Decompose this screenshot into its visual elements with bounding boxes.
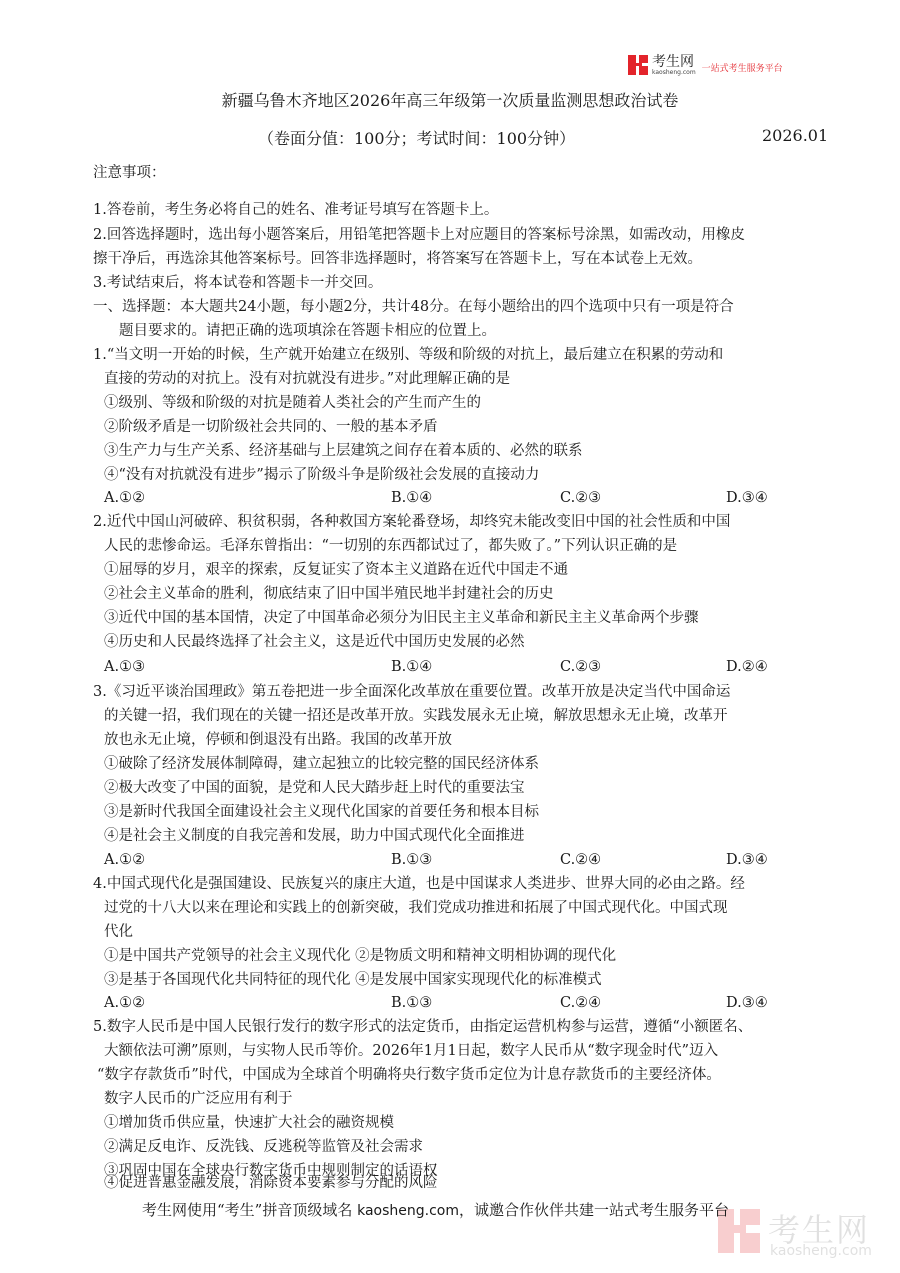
section-heading: 一、选择题：本大题共24小题，每小题2分，共计48分。在每小题给出的四个选项中只… (93, 295, 734, 320)
answer-options: A.①② B.①③ C.②④ D.③④ (104, 848, 804, 872)
option-b[interactable]: B.①④ (391, 486, 432, 510)
question-stem: 人民的悲惨命运。毛泽东曾指出：“一切别的东西都试过了，都失败了。”下列认识正确的… (104, 534, 677, 559)
option-b[interactable]: B.①③ (391, 991, 432, 1015)
answer-options: A.①② B.①④ C.②③ D.③④ (104, 486, 804, 510)
option-b[interactable]: B.①④ (391, 655, 432, 679)
option-c[interactable]: C.②③ (560, 486, 601, 510)
question-stem: 放也永无止境，停顿和倒退没有出路。我国的改革开放 (104, 728, 452, 753)
footer-domain-link[interactable]: kaosheng.com (357, 1203, 459, 1219)
question-stem: “数字存款货币”时代，中国成为全球首个明确将央行数字货币定位为计息存款货币的主要… (97, 1063, 721, 1088)
question-stem: 1.“当文明一开始的时候，生产就开始建立在级别、等级和阶级的对抗上，最后建立在积… (93, 343, 723, 368)
question-stem: 5.数字人民币是中国人民银行发行的数字形式的法定货币，由指定运营机构参与运营，遵… (93, 1015, 752, 1040)
footer-text: ，诚邀合作伙伴共建一站式考生服务平台 (459, 1201, 729, 1219)
logo-brand-cn: 考生网 (652, 55, 696, 69)
question-stem: 直接的劳动的对抗上。没有对抗就没有进步。”对此理解正确的是 (104, 367, 510, 392)
exam-subtitle: （卷面分值：100分；考试时间：100分钟） (258, 126, 575, 149)
kaosheng-logo: 考生网 kaosheng.com 一站式考生服务平台 (628, 53, 783, 77)
question-stem: 代化 (104, 920, 133, 945)
kaosheng-logo-icon (628, 55, 648, 75)
footer-text: 考生网使用“考生”拼音顶级域名 (142, 1201, 357, 1219)
section-heading-cont: 题目要求的。请把正确的选项填涂在答题卡相应的位置上。 (119, 319, 496, 344)
notice-item: 2.回答选择题时，选出每小题答案后，用铅笔把答题卡上对应题目的答案标号涂黑，如需… (93, 223, 745, 248)
question-statement: ②满足反电诈、反洗钱、反逃税等监管及社会需求 (104, 1135, 423, 1160)
page-footer: 考生网使用“考生”拼音顶级域名 kaosheng.com，诚邀合作伙伴共建一站式… (142, 1199, 729, 1220)
question-statement: ③生产力与生产关系、经济基础与上层建筑之间存在着本质的、必然的联系 (104, 439, 583, 464)
notice-heading: 注意事项： (93, 161, 166, 186)
question-statement: ④历史和人民最终选择了社会主义，这是近代中国历史发展的必然 (104, 630, 525, 655)
option-b[interactable]: B.①③ (391, 848, 432, 872)
question-stem: 2.近代中国山河破碎、积贫积弱，各种救国方案轮番登场，却终究未能改变旧中国的社会… (93, 510, 730, 535)
option-a[interactable]: A.①③ (104, 655, 145, 679)
option-c[interactable]: C.②③ (560, 655, 601, 679)
question-statement: ④是社会主义制度的自我完善和发展，助力中国式现代化全面推进 (104, 824, 525, 849)
exam-title: 新疆乌鲁木齐地区2026年高三年级第一次质量监测思想政治试卷 (0, 88, 900, 111)
option-c[interactable]: C.②④ (560, 991, 601, 1015)
question-statement: ①破除了经济发展体制障碍，建立起独立的比较完整的国民经济体系 (104, 752, 539, 777)
question-statement: ③是新时代我国全面建设社会主义现代化国家的首要任务和根本目标 (104, 800, 539, 825)
option-d[interactable]: D.③④ (726, 991, 768, 1015)
question-stem: 数字人民币的广泛应用有利于 (104, 1087, 293, 1112)
watermark-brand-en: kaosheng.com (770, 1243, 872, 1259)
logo-slogan: 一站式考生服务平台 (702, 61, 783, 74)
question-statement: ③近代中国的基本国情，决定了中国革命必须分为旧民主主义革命和新民主主义革命两个步… (104, 606, 699, 631)
answer-options: A.①② B.①③ C.②④ D.③④ (104, 991, 804, 1015)
question-statement: ②阶级矛盾是一切阶级社会共同的、一般的基本矛盾 (104, 415, 438, 440)
question-stem: 过党的十八大以来在理论和实践上的创新突破，我们党成功推进和拓展了中国式现代化。中… (104, 896, 728, 921)
option-c[interactable]: C.②④ (560, 848, 601, 872)
notice-item: 1.答卷前，考生务必将自己的姓名、准考证号填写在答题卡上。 (93, 198, 498, 223)
question-statement: ②社会主义革命的胜利，彻底结束了旧中国半殖民地半封建社会的历史 (104, 582, 554, 607)
kaosheng-watermark: 考生网 kaosheng.com (718, 1205, 898, 1265)
option-a[interactable]: A.①② (104, 848, 145, 872)
option-a[interactable]: A.①② (104, 486, 145, 510)
question-statement: ④“没有对抗就没有进步”揭示了阶级斗争是阶级社会发展的直接动力 (104, 463, 539, 488)
answer-options: A.①③ B.①④ C.②③ D.②④ (104, 655, 804, 679)
question-stem: 4.中国式现代化是强国建设、民族复兴的康庄大道，也是中国谋求人类进步、世界大同的… (93, 872, 745, 897)
exam-page: 考生网 kaosheng.com 一站式考生服务平台 新疆乌鲁木齐地区2026年… (0, 0, 900, 1273)
notice-item: 3.考试结束后，将本试卷和答题卡一并交回。 (93, 271, 382, 296)
question-statement: ④促进普惠金融发展，消除资本要素参与分配的风险 (104, 1171, 438, 1196)
option-d[interactable]: D.②④ (726, 655, 768, 679)
question-stem: 3.《习近平谈治国理政》第五卷把进一步全面深化改革放在重要位置。改革开放是决定当… (93, 680, 730, 705)
question-stem: 的关键一招，我们现在的关键一招还是改革开放。实践发展永无止境，解放思想永无止境，… (104, 704, 728, 729)
logo-brand-en: kaosheng.com (652, 70, 696, 76)
question-statement: ①增加货币供应量，快速扩大社会的融资规模 (104, 1111, 394, 1136)
question-statement: ③是基于各国现代化共同特征的现代化 ④是发展中国家实现现代化的标准模式 (104, 968, 602, 993)
option-a[interactable]: A.①② (104, 991, 145, 1015)
question-statement: ①屈辱的岁月，艰辛的探索，反复证实了资本主义道路在近代中国走不通 (104, 558, 568, 583)
exam-date: 2026.01 (762, 126, 828, 145)
question-statement: ①是中国共产党领导的社会主义现代化 ②是物质文明和精神文明相协调的现代化 (104, 944, 616, 969)
question-statement: ②极大改变了中国的面貌，是党和人民大踏步赶上时代的重要法宝 (104, 776, 525, 801)
question-stem: 大额依法可溯”原则，与实物人民币等价。2026年1月1日起，数字人民币从“数字现… (104, 1039, 718, 1064)
notice-item: 擦干净后，再选涂其他答案标号。回答非选择题时，将答案写在答题卡上，写在本试卷上无… (93, 247, 702, 272)
option-d[interactable]: D.③④ (726, 486, 768, 510)
question-statement: ①级别、等级和阶级的对抗是随着人类社会的产生而产生的 (104, 391, 481, 416)
option-d[interactable]: D.③④ (726, 848, 768, 872)
